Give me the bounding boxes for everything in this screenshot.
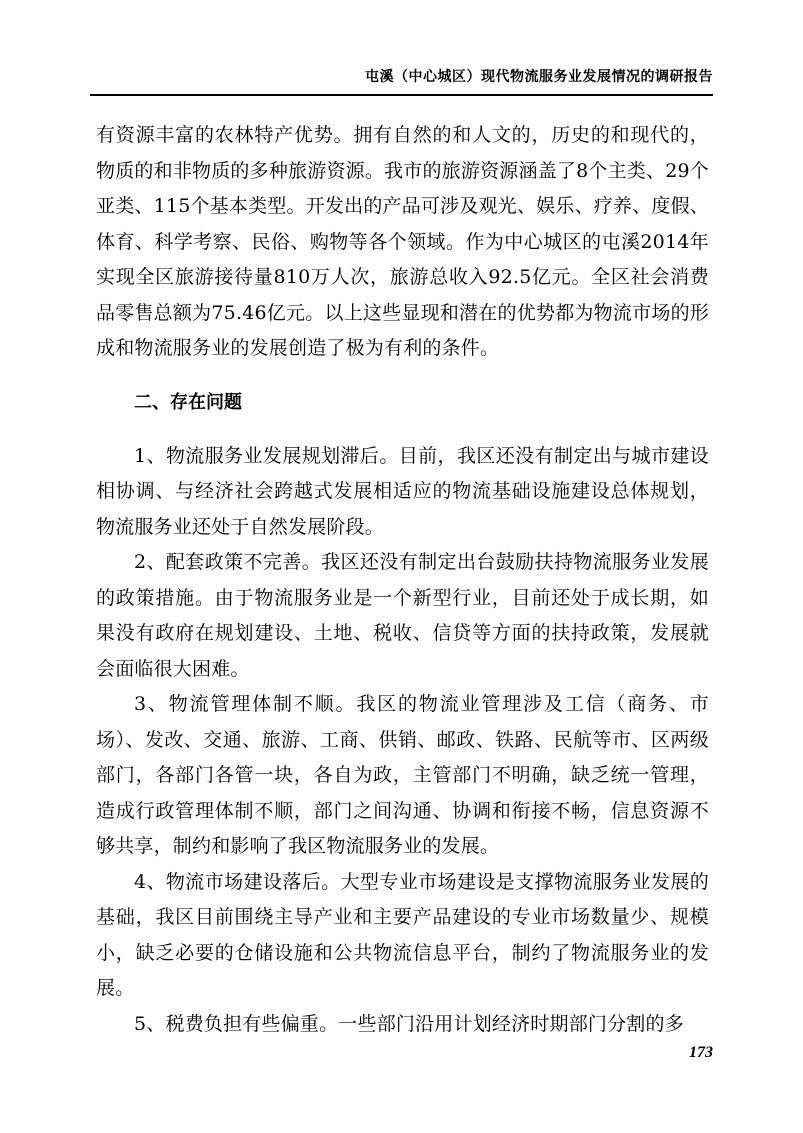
page-body: 有资源丰富的农林特产优势。拥有自然的和人文的，历史的和现代的，物质的和非物质的多… [96,118,709,1042]
issue-paragraph-1: 1、物流服务业发展规划滞后。目前，我区还没有制定出与城市建设相协调、与经济社会跨… [96,439,709,546]
section-heading: 二、存在问题 [96,377,709,429]
issue-paragraph-5: 5、税费负担有些偏重。一些部门沿用计划经济时期部门分割的多 [96,1007,709,1043]
page-number: 173 [600,1044,713,1062]
issue-paragraph-3: 3、物流管理体制不顺。我区的物流业管理涉及工信（商务、市场）、发改、交通、旅游、… [96,687,709,865]
intro-paragraph: 有资源丰富的农林特产优势。拥有自然的和人文的，历史的和现代的，物质的和非物质的多… [96,118,709,367]
issue-paragraph-2: 2、配套政策不完善。我区还没有制定出台鼓励扶持物流服务业发展的政策措施。由于物流… [96,545,709,687]
issue-paragraph-4: 4、物流市场建设落后。大型专业市场建设是支撑物流服务业发展的基础，我区目前围绕主… [96,865,709,1007]
running-head: 屯溪（中心城区）现代物流服务业发展情况的调研报告 [90,64,713,96]
